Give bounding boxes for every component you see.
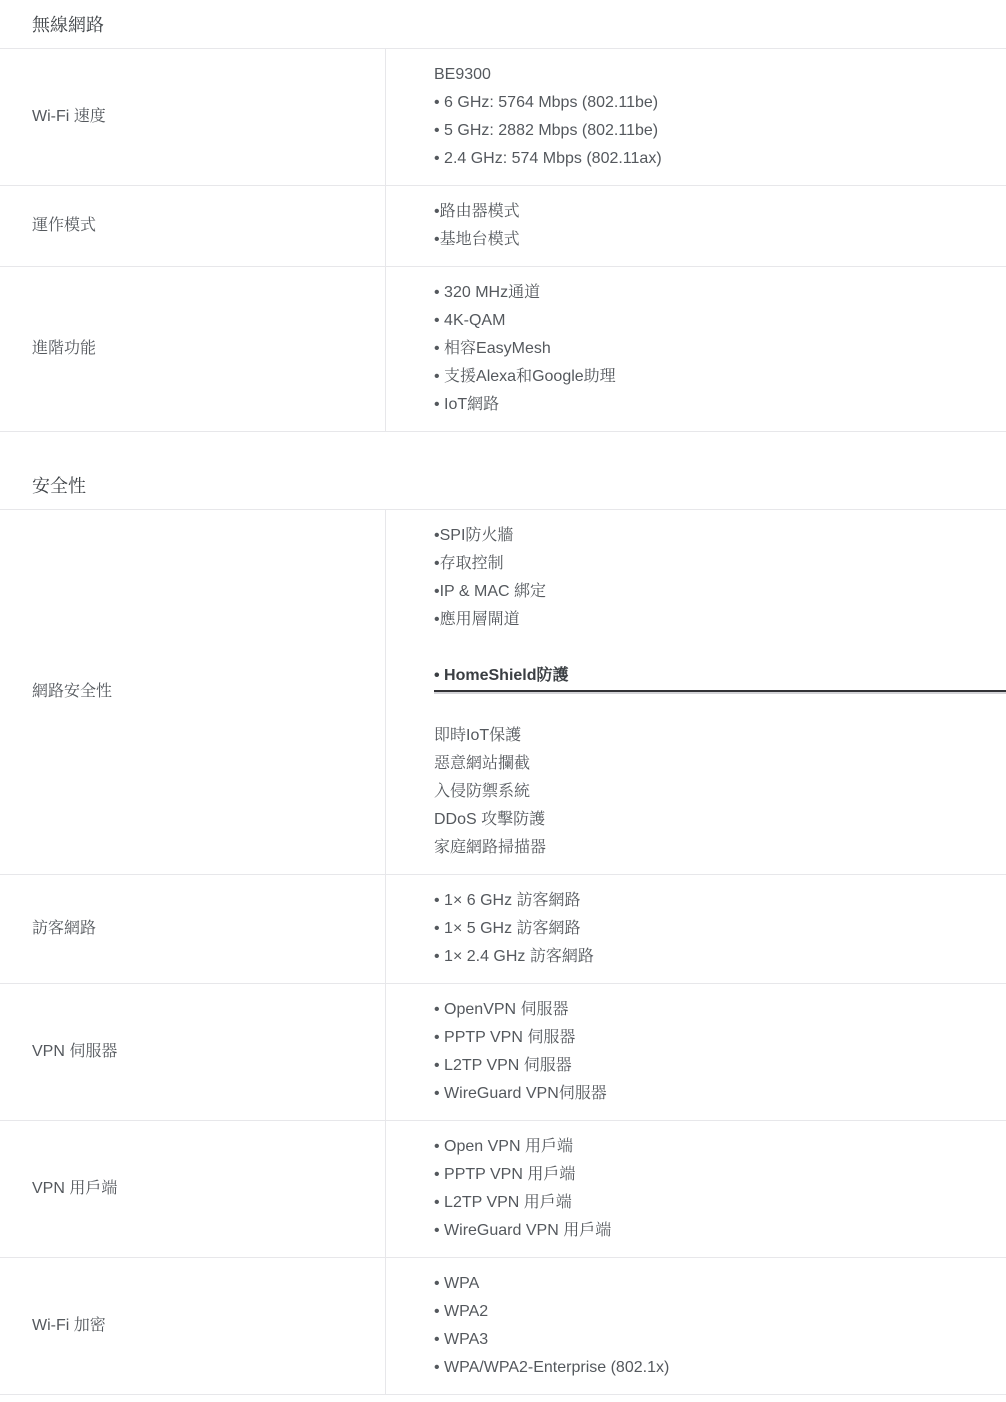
spec-label-guest-network: 訪客網路	[0, 875, 386, 984]
spec-value-line: •路由器模式	[434, 198, 1006, 226]
homeshield-underline	[434, 690, 1006, 694]
spec-value-line: • WPA/WPA2-Enterprise (802.1x)	[434, 1354, 1006, 1382]
spec-label-vpn-server: VPN 伺服器	[0, 984, 386, 1121]
spec-value-line: •基地台模式	[434, 226, 1006, 254]
spec-value-line: • 6 GHz: 5764 Mbps (802.11be)	[434, 89, 1006, 117]
spec-value-advanced-features: • 320 MHz通道 • 4K-QAM • 相容EasyMesh • 支援Al…	[386, 267, 1006, 432]
spec-value-line: • 1× 5 GHz 訪客網路	[434, 915, 1006, 943]
section-title-security: 安全性	[0, 474, 1006, 498]
table-row-operation-mode: 運作模式 •路由器模式 •基地台模式	[0, 186, 1006, 267]
spec-value-vpn-client: • Open VPN 用戶端 • PPTP VPN 用戶端 • L2TP VPN…	[386, 1121, 1006, 1258]
spec-value-line: • 1× 6 GHz 訪客網路	[434, 887, 1006, 915]
spec-label-advanced-features: 進階功能	[0, 267, 386, 432]
table-row-guest-network: 訪客網路 • 1× 6 GHz 訪客網路 • 1× 5 GHz 訪客網路 • 1…	[0, 875, 1006, 984]
table-row-advanced-features: 進階功能 • 320 MHz通道 • 4K-QAM • 相容EasyMesh •…	[0, 267, 1006, 432]
spec-value-line: •應用層閘道	[434, 606, 1006, 634]
spec-label-network-security: 網路安全性	[0, 510, 386, 875]
spec-value-line: • WireGuard VPN 用戶端	[434, 1217, 1006, 1245]
spec-value-wifi-encryption: • WPA • WPA2 • WPA3 • WPA/WPA2-Enterpris…	[386, 1258, 1006, 1395]
spec-value-line: • WireGuard VPN伺服器	[434, 1080, 1006, 1108]
spec-value-line: • PPTP VPN 用戶端	[434, 1161, 1006, 1189]
spec-value-line: • 320 MHz通道	[434, 279, 1006, 307]
spec-value-line: •IP & MAC 綁定	[434, 578, 1006, 606]
spec-value-line: • OpenVPN 伺服器	[434, 996, 1006, 1024]
section-wireless: 無線網路 Wi-Fi 速度 BE9300 • 6 GHz: 5764 Mbps …	[0, 13, 1006, 432]
homeshield-feature-line: 入侵防禦系統	[434, 778, 1006, 806]
spec-label-wifi-encryption: Wi-Fi 加密	[0, 1258, 386, 1395]
table-row-wifi-speed: Wi-Fi 速度 BE9300 • 6 GHz: 5764 Mbps (802.…	[0, 49, 1006, 186]
homeshield-feature-line: 家庭網路掃描器	[434, 834, 1006, 862]
spec-value-line: •存取控制	[434, 550, 1006, 578]
spec-value-line: • PPTP VPN 伺服器	[434, 1024, 1006, 1052]
spec-label-vpn-client: VPN 用戶端	[0, 1121, 386, 1258]
spec-value-line: • 1× 2.4 GHz 訪客網路	[434, 943, 1006, 971]
table-row-network-security: 網路安全性 •SPI防火牆 •存取控制 •IP & MAC 綁定 •應用層閘道 …	[0, 510, 1006, 875]
spec-value-line: • 2.4 GHz: 574 Mbps (802.11ax)	[434, 145, 1006, 173]
spec-label-operation-mode: 運作模式	[0, 186, 386, 267]
homeshield-feature-line: 惡意網站攔截	[434, 750, 1006, 778]
spec-value-line: • WPA2	[434, 1298, 1006, 1326]
section-title-wireless: 無線網路	[0, 13, 1006, 37]
table-row-wifi-encryption: Wi-Fi 加密 • WPA • WPA2 • WPA3 • WPA/WPA2-…	[0, 1258, 1006, 1395]
homeshield-title: • HomeShield防護	[434, 662, 1006, 690]
spec-value-line: • 支援Alexa和Google助理	[434, 363, 1006, 391]
spec-value-guest-network: • 1× 6 GHz 訪客網路 • 1× 5 GHz 訪客網路 • 1× 2.4…	[386, 875, 1006, 984]
spec-value-line: • 4K-QAM	[434, 307, 1006, 335]
homeshield-feature-line: DDoS 攻擊防護	[434, 806, 1006, 834]
spec-value-vpn-server: • OpenVPN 伺服器 • PPTP VPN 伺服器 • L2TP VPN …	[386, 984, 1006, 1121]
spec-value-line: • L2TP VPN 用戶端	[434, 1189, 1006, 1217]
spec-value-line: • 5 GHz: 2882 Mbps (802.11be)	[434, 117, 1006, 145]
spec-value-operation-mode: •路由器模式 •基地台模式	[386, 186, 1006, 267]
spec-value-line: • WPA3	[434, 1326, 1006, 1354]
spec-value-line: •SPI防火牆	[434, 522, 1006, 550]
spec-value-line: • WPA	[434, 1270, 1006, 1298]
spec-value-line: • Open VPN 用戶端	[434, 1133, 1006, 1161]
spec-value-network-security: •SPI防火牆 •存取控制 •IP & MAC 綁定 •應用層閘道 • Home…	[386, 510, 1006, 875]
spec-label-wifi-speed: Wi-Fi 速度	[0, 49, 386, 186]
table-row-vpn-server: VPN 伺服器 • OpenVPN 伺服器 • PPTP VPN 伺服器 • L…	[0, 984, 1006, 1121]
homeshield-feature-line: 即時IoT保護	[434, 722, 1006, 750]
section-security: 安全性 網路安全性 •SPI防火牆 •存取控制 •IP & MAC 綁定 •應用…	[0, 474, 1006, 1395]
spec-value-wifi-speed: BE9300 • 6 GHz: 5764 Mbps (802.11be) • 5…	[386, 49, 1006, 186]
spec-table-wireless: Wi-Fi 速度 BE9300 • 6 GHz: 5764 Mbps (802.…	[0, 48, 1006, 432]
spec-value-line: • IoT網路	[434, 391, 1006, 419]
spec-table-security: 網路安全性 •SPI防火牆 •存取控制 •IP & MAC 綁定 •應用層閘道 …	[0, 509, 1006, 1395]
spec-value-line: • 相容EasyMesh	[434, 335, 1006, 363]
spec-page: 無線網路 Wi-Fi 速度 BE9300 • 6 GHz: 5764 Mbps …	[0, 0, 1006, 1402]
spec-value-line: • L2TP VPN 伺服器	[434, 1052, 1006, 1080]
spec-value-line: BE9300	[434, 61, 1006, 89]
table-row-vpn-client: VPN 用戶端 • Open VPN 用戶端 • PPTP VPN 用戶端 • …	[0, 1121, 1006, 1258]
